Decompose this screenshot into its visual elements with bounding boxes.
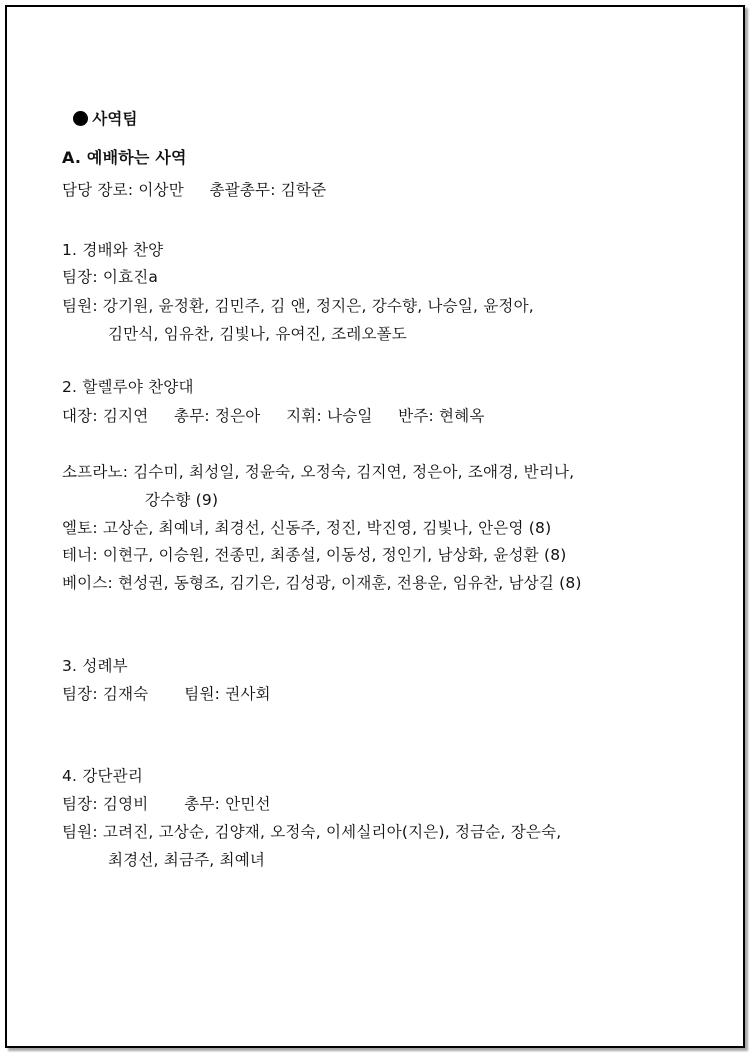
alto-line: 엘토: 고상순, 최예녀, 최경선, 신동주, 정진, 박진영, 김빛나, 안은… [62,518,551,538]
team4-leaders: 팀장: 김영비 총무: 안민선 [62,794,271,814]
team1-leader: 팀장: 이효진a [62,267,158,287]
document-title: 사역팀 [62,89,138,129]
title-text: 사역팀 [92,110,138,128]
team2-leaders: 대장: 김지연 총무: 정은아 지휘: 나승일 반주: 현혜옥 [62,406,485,426]
team1-members-line1: 팀원: 강기원, 윤정환, 김민주, 김 앤, 정지은, 강수향, 나승일, 윤… [62,296,534,316]
soprano-line2: 강수향 (9) [145,490,218,510]
bass-line: 베이스: 현성권, 동형조, 김기은, 김성광, 이재훈, 전용운, 임유찬, … [62,573,582,593]
section-a-leaders: 담당 장로: 이상만 총괄총무: 김학준 [62,180,326,200]
team3-leaders: 팀장: 김재숙 팀원: 권사회 [62,684,271,704]
team1-members-line2: 김만식, 임유찬, 김빛나, 유여진, 조레오폴도 [108,324,407,344]
section-a-heading: A. 예배하는 사역 [62,148,187,168]
team3-heading: 3. 성례부 [62,656,128,676]
team4-members-line2: 최경선, 최금주, 최예녀 [108,850,265,870]
team4-members-line1: 팀원: 고려진, 고상순, 김양재, 오정숙, 이세실리아(지은), 정금순, … [62,822,561,842]
team4-heading: 4. 강단관리 [62,766,143,786]
team2-heading: 2. 할렐루야 찬양대 [62,377,194,397]
soprano-line1: 소프라노: 김수미, 최성일, 정윤숙, 오정숙, 김지연, 정은아, 조애경,… [62,462,574,482]
team1-heading: 1. 경배와 찬양 [62,240,163,260]
tenor-line: 테너: 이현구, 이승원, 전종민, 최종설, 이동성, 정인기, 남상화, 윤… [62,545,567,565]
bullet-icon [73,111,88,126]
